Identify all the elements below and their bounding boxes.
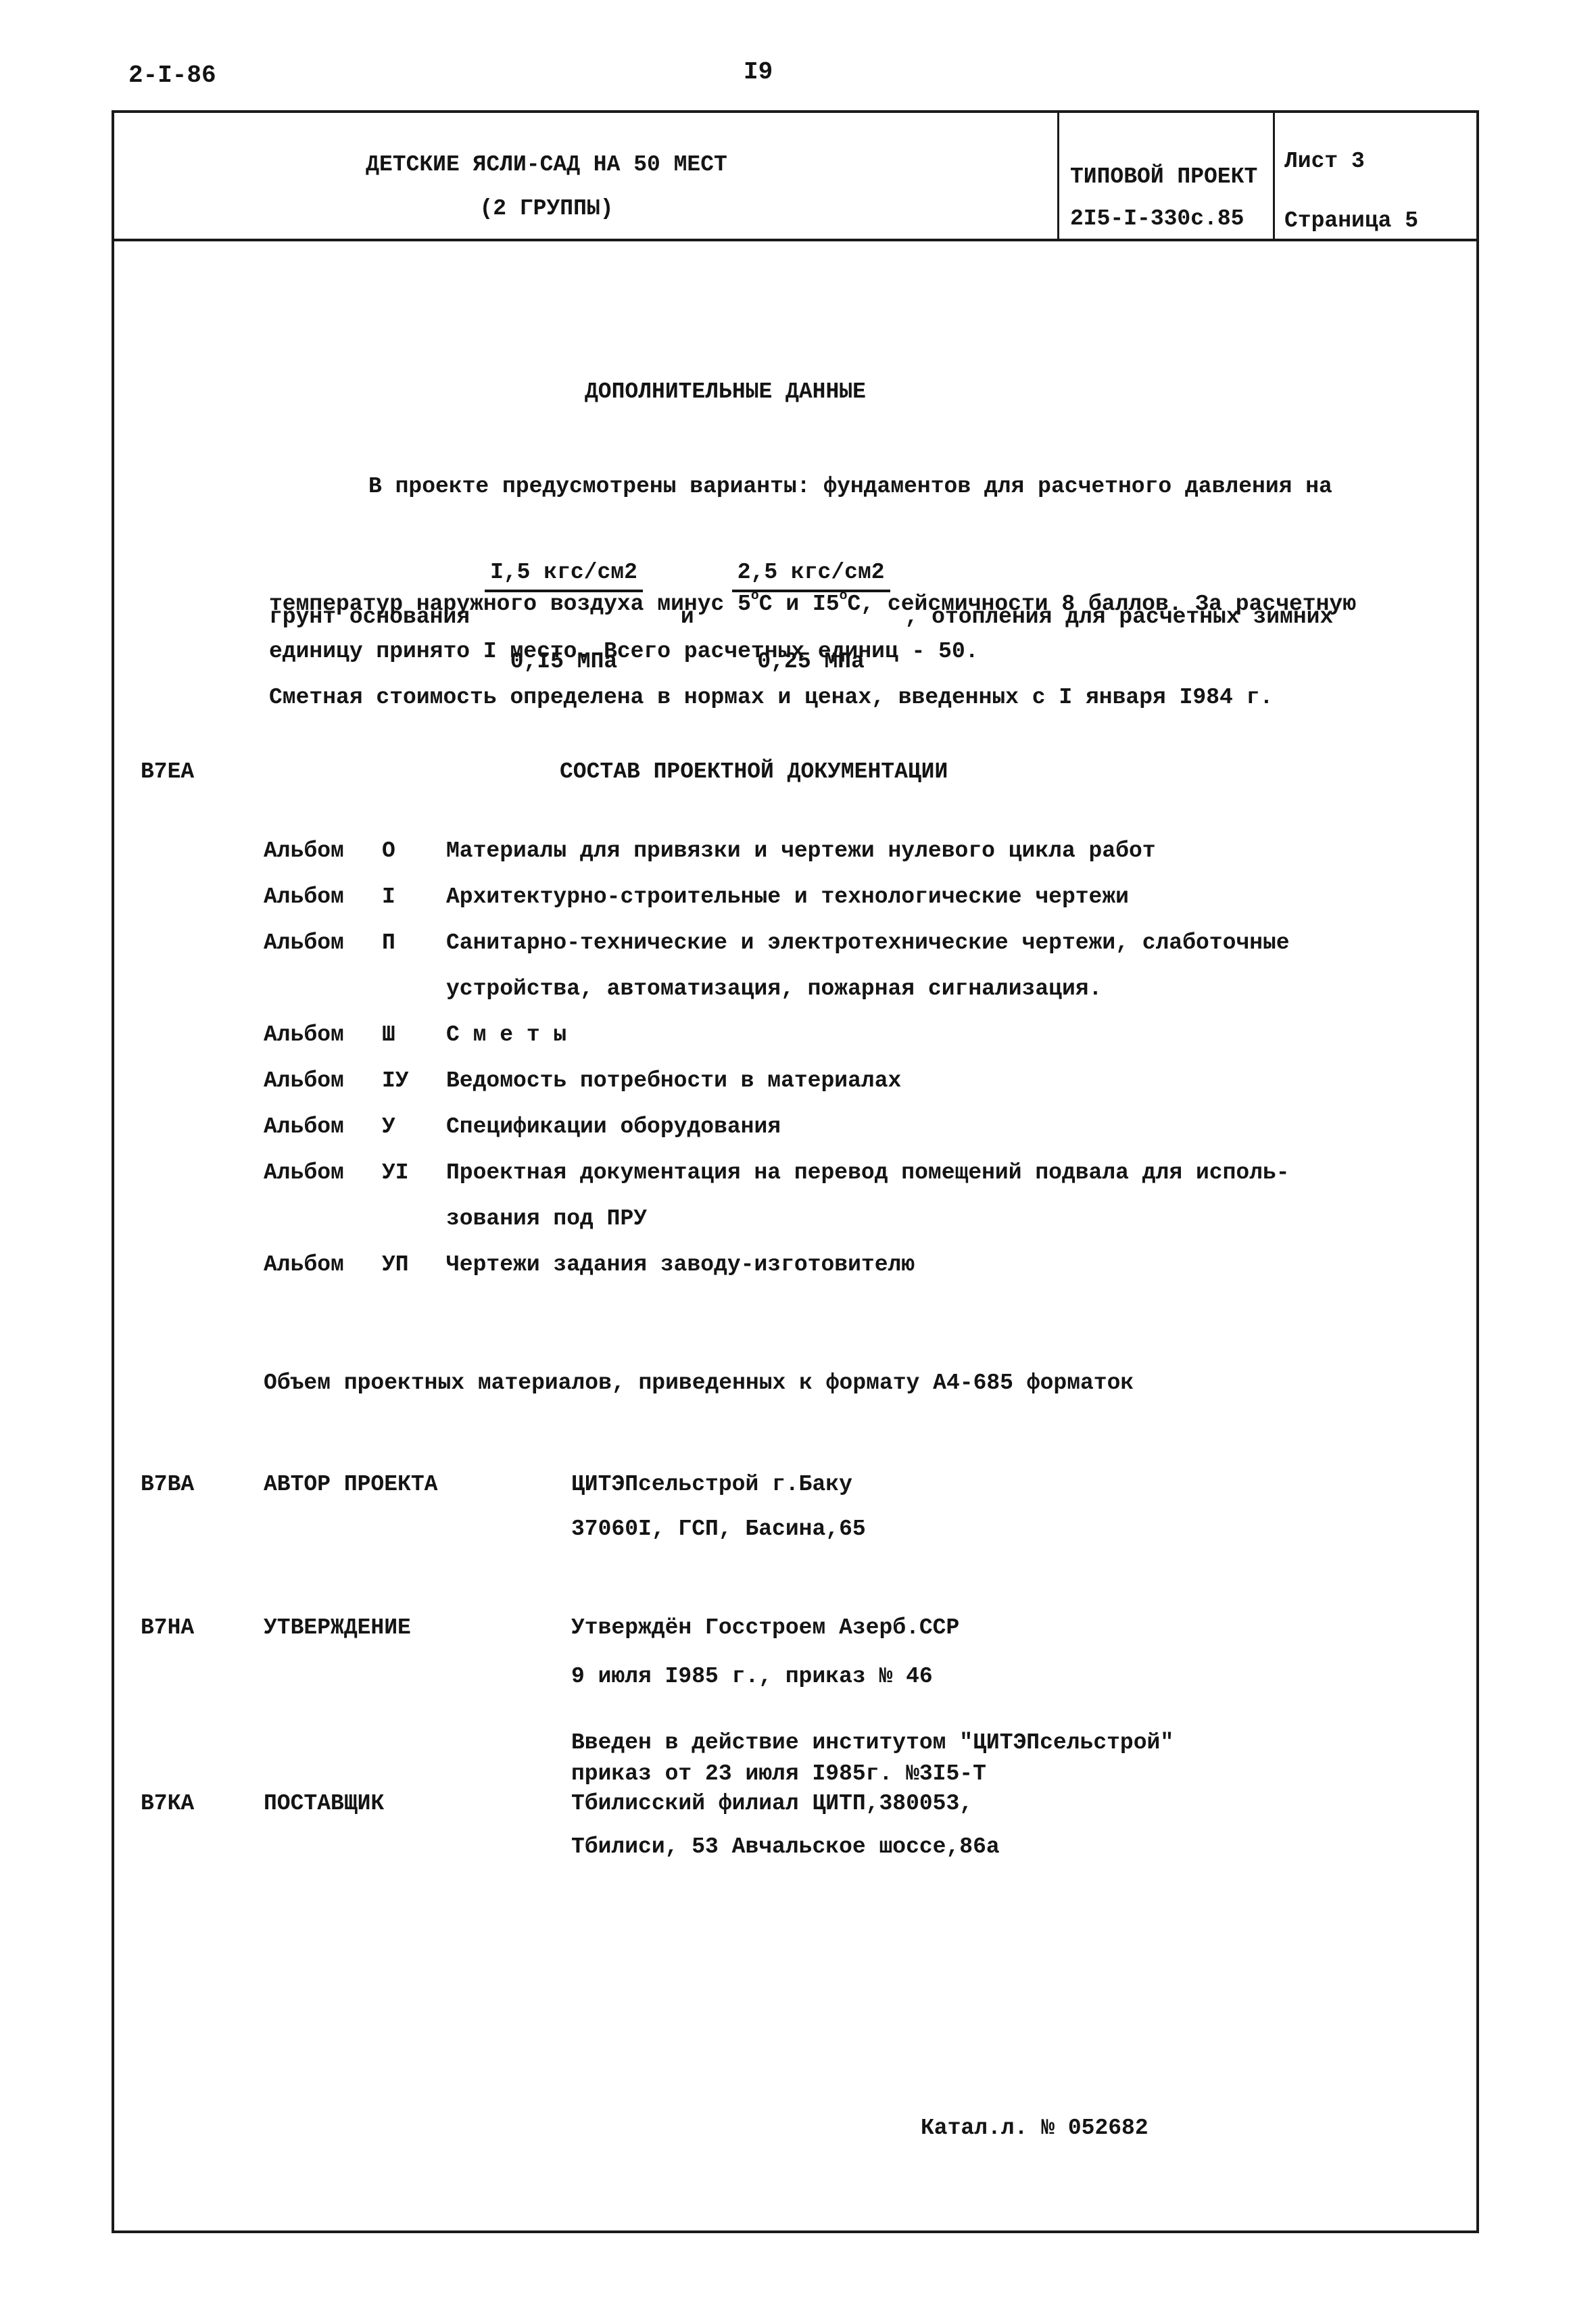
- header-divider: [114, 239, 1476, 241]
- margin-code-b7ka: В7КА: [141, 1790, 194, 1817]
- doc-title-line1: ДЕТСКИЕ ЯСЛИ-САД НА 50 МЕСТ: [114, 143, 979, 187]
- album-word: Альбом: [264, 884, 382, 909]
- supplier-value-line2: Тбилиси, 53 Авчальское шоссе,86а: [571, 1834, 1000, 1861]
- line3-part2: С и I5: [759, 592, 840, 617]
- album-row: Альбом О Материалы для привязки и чертеж…: [264, 838, 1290, 884]
- album-word: Альбом: [264, 1068, 382, 1093]
- sheet-label: Лист 3: [1284, 132, 1471, 191]
- composition-heading: СОСТАВ ПРОЕКТНОЙ ДОКУМЕНТАЦИИ: [560, 759, 948, 786]
- margin-code-b7va: В7ВА: [141, 1471, 194, 1498]
- author-value-line1: ЦИТЭПсельстрой г.Баку: [571, 1471, 852, 1498]
- album-word: Альбом: [264, 1022, 382, 1047]
- album-row-continuation: зования под ПРУ: [264, 1206, 1290, 1252]
- project-number: 2I5-I-330с.85: [1070, 198, 1273, 240]
- album-desc: Архитектурно-строительные и технологичес…: [446, 884, 1129, 909]
- album-word: Альбом: [264, 1114, 382, 1139]
- approval-value-line2: 9 июля I985 г., приказ № 46: [571, 1663, 933, 1690]
- album-row: Альбом IУ Ведомость потребности в матери…: [264, 1068, 1290, 1114]
- album-num: П: [382, 930, 446, 955]
- paragraph-line-1: В проекте предусмотрены варианты: фундам…: [368, 473, 1332, 500]
- album-desc: Санитарно-технические и электротехническ…: [446, 930, 1290, 955]
- album-word: Альбом: [264, 838, 382, 863]
- header-project-cell: ТИПОВОЙ ПРОЕКТ 2I5-I-330с.85: [1059, 113, 1275, 239]
- album-num: У: [382, 1114, 446, 1139]
- paragraph-line-5: Сметная стоимость определена в нормах и …: [269, 684, 1273, 711]
- fraction2-numerator: 2,5 кгс/см2: [732, 559, 890, 592]
- scanned-document-page: 2-I-86 I9 ДЕТСКИЕ ЯСЛИ-САД НА 50 МЕСТ (2…: [0, 0, 1596, 2315]
- doc-code: 2-I-86: [128, 61, 216, 90]
- approval-value-line4: приказ от 23 июля I985г. №3I5-Т: [571, 1761, 986, 1788]
- album-row: Альбом УI Проектная документация на пере…: [264, 1160, 1290, 1206]
- approval-label: УТВЕРЖДЕНИЕ: [264, 1615, 411, 1642]
- album-num: УП: [382, 1252, 446, 1277]
- volume-note: Объем проектных материалов, приведенных …: [264, 1370, 1134, 1397]
- album-row-continuation: устройства, автоматизация, пожарная сигн…: [264, 976, 1290, 1022]
- album-word: Альбом: [264, 1160, 382, 1185]
- album-num: I: [382, 884, 446, 909]
- album-word: Альбом: [264, 1252, 382, 1277]
- supplier-value-line1: Тбилисский филиал ЦИТП,380053,: [571, 1790, 973, 1817]
- additional-data-heading: ДОПОЛНИТЕЛЬНЫЕ ДАННЫЕ: [585, 379, 866, 406]
- album-row: Альбом У Спецификации оборудования: [264, 1114, 1290, 1160]
- album-desc: Спецификации оборудования: [446, 1114, 781, 1139]
- album-desc: Ведомость потребности в материалах: [446, 1068, 901, 1093]
- author-label: АВТОР ПРОЕКТА: [264, 1471, 437, 1498]
- paragraph-line-4: единицу принято I место. Всего расчетных…: [269, 638, 979, 665]
- album-row: Альбом I Архитектурно-строительные и тех…: [264, 884, 1290, 930]
- header-title-cell: ДЕТСКИЕ ЯСЛИ-САД НА 50 МЕСТ (2 ГРУППЫ): [114, 113, 1059, 239]
- doc-title-line2: (2 ГРУППЫ): [114, 187, 979, 231]
- album-desc: Чертежи задания заводу-изготовителю: [446, 1252, 915, 1277]
- album-num: О: [382, 838, 446, 863]
- degree-sign: о: [751, 588, 759, 603]
- catalog-number: Катал.л. № 052682: [921, 2115, 1148, 2142]
- project-type-label: ТИПОВОЙ ПРОЕКТ: [1070, 156, 1273, 198]
- margin-code-b7na: В7НА: [141, 1615, 194, 1642]
- album-word: Альбом: [264, 930, 382, 955]
- album-num: Ш: [382, 1022, 446, 1047]
- line3-part3: С, сейсмичности 8 баллов. За расчетную: [848, 592, 1357, 617]
- supplier-label: ПОСТАВЩИК: [264, 1790, 384, 1817]
- album-desc: устройства, автоматизация, пожарная сигн…: [446, 976, 1102, 1001]
- header-sheet-cell: Лист 3 Страница 5: [1275, 113, 1471, 239]
- approval-value-line1: Утверждён Госстроем Азерб.ССР: [571, 1615, 959, 1642]
- album-num: IУ: [382, 1068, 446, 1093]
- margin-code-b7ea: В7ЕА: [141, 759, 194, 786]
- line3-part1: температур наружного воздуха минус 5: [269, 592, 751, 617]
- degree-sign: о: [840, 588, 848, 603]
- album-row: Альбом УП Чертежи задания заводу-изготов…: [264, 1252, 1290, 1298]
- album-row: Альбом П Санитарно-технические и электро…: [264, 930, 1290, 976]
- author-value-line2: 37060I, ГСП, Басина,65: [571, 1516, 866, 1543]
- album-list: Альбом О Материалы для привязки и чертеж…: [264, 838, 1290, 1298]
- album-desc: Материалы для привязки и чертежи нулевог…: [446, 838, 1156, 863]
- album-desc: Проектная документация на перевод помеще…: [446, 1160, 1290, 1185]
- paragraph-line-3: температур наружного воздуха минус 5оС и…: [269, 591, 1356, 618]
- album-row: Альбом Ш С м е т ы: [264, 1022, 1290, 1068]
- album-desc: зования под ПРУ: [446, 1206, 647, 1231]
- album-num: УI: [382, 1160, 446, 1185]
- fraction1-numerator: I,5 кгс/см2: [485, 559, 643, 592]
- album-desc: С м е т ы: [446, 1022, 566, 1047]
- page-label: Страница 5: [1284, 191, 1471, 251]
- page-number: I9: [744, 57, 773, 87]
- approval-value-line3: Введен в действие институтом "ЦИТЭПсельс…: [571, 1729, 1174, 1757]
